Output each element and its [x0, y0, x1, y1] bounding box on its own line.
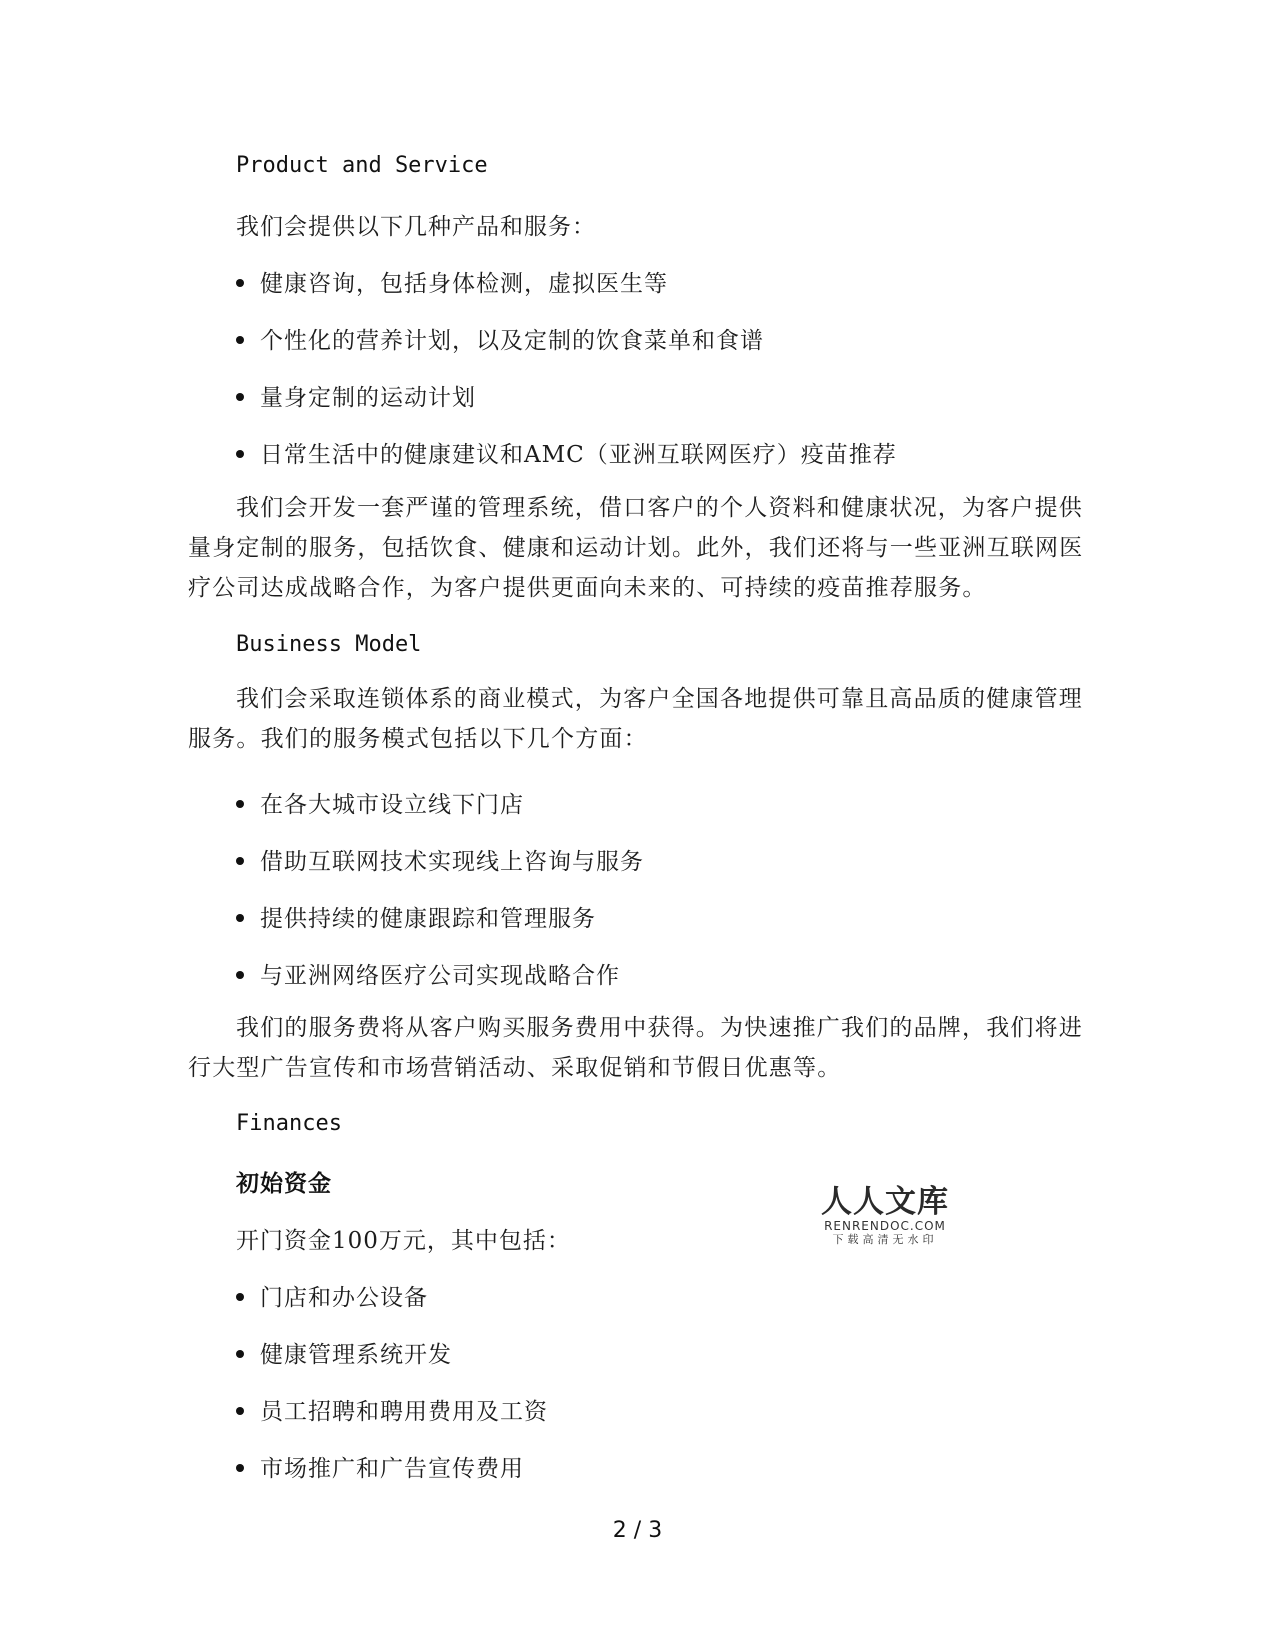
product-paragraph: 我们会开发一套严谨的管理系统，借口客户的个人资料和健康状况，为客户提供量身定制的…: [188, 488, 1088, 608]
bullet-icon: [236, 914, 244, 922]
bullet-icon: [236, 971, 244, 979]
bullet-icon: [236, 800, 244, 808]
list-item: 健康咨询，包括身体检测，虚拟医生等: [236, 265, 668, 298]
watermark-title: 人人文库: [820, 1185, 950, 1219]
list-item: 日常生活中的健康建议和AMC（亚洲互联网医疗）疫苗推荐: [236, 436, 897, 469]
bullet-icon: [236, 450, 244, 458]
list-item: 员工招聘和聘用费用及工资: [236, 1393, 548, 1426]
watermark-url: RENRENDOC.COM: [820, 1219, 950, 1233]
section-heading-finances: Finances: [236, 1111, 342, 1136]
bullet-icon: [236, 393, 244, 401]
bullet-icon: [236, 279, 244, 287]
watermark-logo: 人人文库 RENRENDOC.COM 下载高清无水印: [820, 1185, 950, 1247]
list-item: 市场推广和广告宣传费用: [236, 1450, 524, 1483]
bullet-icon: [236, 1407, 244, 1415]
list-item: 健康管理系统开发: [236, 1336, 452, 1369]
bullet-icon: [236, 336, 244, 344]
list-item: 在各大城市设立线下门店: [236, 786, 524, 819]
finances-subheading: 初始资金: [236, 1165, 332, 1198]
list-item: 提供持续的健康跟踪和管理服务: [236, 900, 596, 933]
bullet-icon: [236, 1350, 244, 1358]
business-paragraph: 我们会采取连锁体系的商业模式，为客户全国各地提供可靠且高品质的健康管理服务。我们…: [188, 679, 1088, 759]
bullet-icon: [236, 1464, 244, 1472]
list-item: 借助互联网技术实现线上咨询与服务: [236, 843, 644, 876]
list-item: 门店和办公设备: [236, 1279, 428, 1312]
product-intro: 我们会提供以下几种产品和服务：: [236, 208, 596, 241]
list-item: 与亚洲网络医疗公司实现战略合作: [236, 957, 620, 990]
finances-intro: 开门资金100万元，其中包括：: [236, 1222, 571, 1255]
watermark-subtitle: 下载高清无水印: [820, 1233, 950, 1247]
section-heading-business: Business Model: [236, 632, 421, 657]
business-paragraph-2: 我们的服务费将从客户购买服务费用中获得。为快速推广我们的品牌，我们将进行大型广告…: [188, 1008, 1088, 1088]
page-number: 2 / 3: [0, 1518, 1275, 1543]
list-item: 量身定制的运动计划: [236, 379, 476, 412]
section-heading-product: Product and Service: [236, 153, 488, 178]
bullet-icon: [236, 1293, 244, 1301]
list-item: 个性化的营养计划，以及定制的饮食菜单和食谱: [236, 322, 764, 355]
bullet-icon: [236, 857, 244, 865]
